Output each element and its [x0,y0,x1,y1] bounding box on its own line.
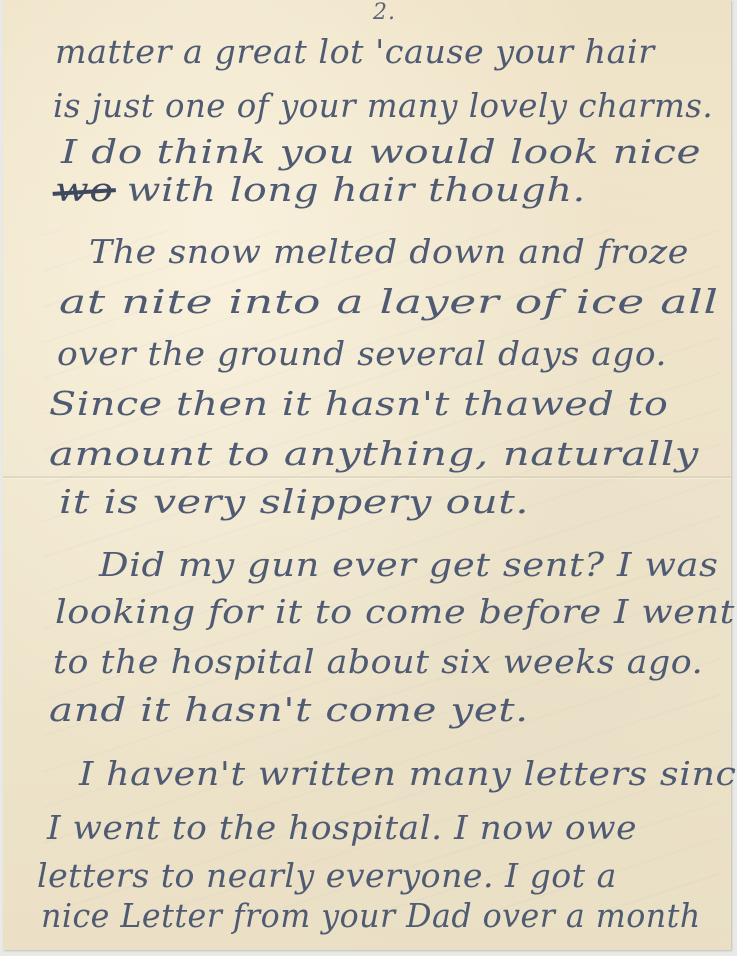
letter-line-15: I haven't written many letters since [79,754,737,793]
struck-out-word: wo [55,170,114,209]
letter-line-7: over the ground several days ago. [57,334,667,373]
letter-page: 2. matter a great lot 'cause your hair i… [3,0,731,950]
letter-line-3: I do think you would look nice [61,132,701,171]
letter-line-8: Since then it hasn't thawed to [49,384,668,423]
letter-line-10: it is very slippery out. [59,482,529,521]
letter-line-11: Did my gun ever get sent? I was [99,545,718,584]
letter-line-5: The snow melted down and froze [89,232,689,271]
letter-line-17: letters to nearly everyone. I got a [37,856,617,895]
letter-line-12: looking for it to come before I went [55,592,735,631]
letter-line-16: I went to the hospital. I now owe [47,808,637,847]
letter-line-13: to the hospital about six weeks ago. [53,642,703,681]
letter-line-9: amount to anything, naturally [49,434,699,473]
letter-line-4-text: with long hair though. [127,170,586,209]
fold-crease [3,476,731,479]
letter-line-18: nice Letter from your Dad over a month [41,896,701,935]
page-number: 2. [373,0,396,25]
letter-line-14: and it hasn't come yet. [49,690,529,729]
letter-line-1: matter a great lot 'cause your hair [55,32,655,71]
letter-line-2: is just one of your many lovely charms. [53,86,713,125]
letter-line-4: wo with long hair though. [55,170,586,209]
letter-line-6: at nite into a layer of ice all [59,282,719,321]
